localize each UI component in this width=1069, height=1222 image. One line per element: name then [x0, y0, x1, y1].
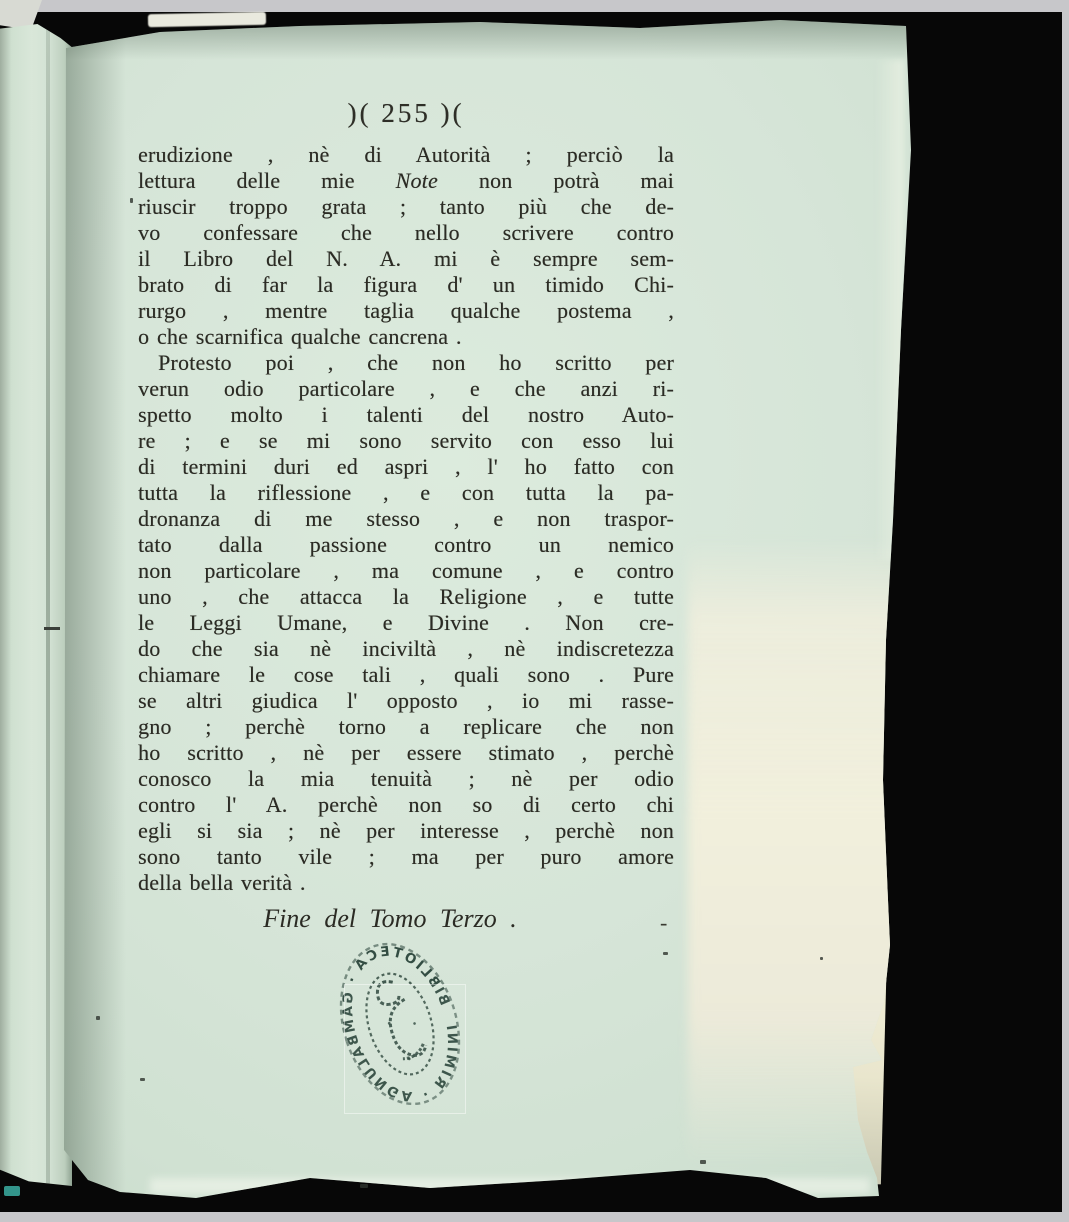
text-line: uno , che attacca la Religione , e tutte — [138, 584, 674, 610]
page-text-block: )( 255 )( erudizione , nè di Autorità ; … — [138, 98, 674, 896]
text-line: vo confessare che nello scrivere contro — [138, 220, 674, 246]
ink-speck — [130, 198, 133, 203]
ink-speck — [820, 957, 823, 960]
text-line: conosco la mia tenuità ; nè per odio — [138, 766, 674, 792]
text-segment: non potrà mai — [438, 168, 674, 193]
ink-speck — [700, 1160, 706, 1164]
gutter-crease — [46, 24, 50, 1186]
text-line: contro l' A. perchè non so di certo chi — [138, 792, 674, 818]
stray-dash-mark: - — [660, 910, 667, 936]
text-line: il Libro del N. A. mi è sempre sem- — [138, 246, 674, 272]
top-paper-sliver — [148, 12, 266, 27]
text-line: le Leggi Umane, e Divine . Non cre- — [138, 610, 674, 636]
text-line: brato di far la figura d' un timido Chi- — [138, 272, 674, 298]
text-line: rurgo , mentre taglia qualche postema , — [138, 298, 674, 324]
italic-word: Note — [396, 168, 438, 193]
gutter-shadow — [62, 0, 126, 1222]
page-number-header: )( 255 )( — [138, 98, 674, 129]
text-line: non particolare , ma comune , e contro — [138, 558, 674, 584]
text-line: o che scarnifica qualche cancrena . — [138, 324, 674, 350]
text-line: se altri giudica l' opposto , io mi rass… — [138, 688, 674, 714]
text-line: do che sia nè inciviltà , nè indiscretez… — [138, 636, 674, 662]
text-line: della bella verità . — [138, 870, 674, 896]
text-line: di termini duri ed aspri , l' ho fatto c… — [138, 454, 674, 480]
text-segment: lettura delle mie — [138, 168, 396, 193]
text-line: egli si sia ; nè per interesse , perchè … — [138, 818, 674, 844]
text-line: sono tanto vile ; ma per puro amore — [138, 844, 674, 870]
ink-speck — [663, 952, 668, 955]
ink-speck — [360, 1184, 368, 1188]
text-line: gno ; perchè torno a replicare che non — [138, 714, 674, 740]
text-line: erudizione , nè di Autorità ; perciò la — [138, 142, 674, 168]
text-line: lettura delle mie Note non potrà mai — [138, 168, 674, 194]
text-line: dronanza di me stesso , e non traspor- — [138, 506, 674, 532]
scanned-book-page-photo: )( 255 )( erudizione , nè di Autorità ; … — [0, 0, 1069, 1222]
text-line: Protesto poi , che non ho scritto per — [138, 350, 674, 376]
ink-speck — [96, 1016, 100, 1020]
text-line: tutta la riflessione , e con tutta la pa… — [138, 480, 674, 506]
text-line: ho scritto , nè per essere stimato , per… — [138, 740, 674, 766]
text-line: riuscir troppo grata ; tanto più che de- — [138, 194, 674, 220]
margin-dash-mark — [44, 627, 60, 630]
left-page-edges — [0, 24, 72, 1186]
text-line: spetto molto i talenti del nostro Auto- — [138, 402, 674, 428]
text-line: re ; e se mi sono servito con esso lui — [138, 428, 674, 454]
ink-speck — [140, 1078, 145, 1081]
text-line: verun odio particolare , e che anzi ri- — [138, 376, 674, 402]
color-artifact-spot — [4, 1186, 20, 1196]
text-line: tato dalla passione contro un nemico — [138, 532, 674, 558]
text-line: chiamare le cose tali , quali sono . Pur… — [138, 662, 674, 688]
faint-rectangle-artifact — [344, 984, 466, 1114]
